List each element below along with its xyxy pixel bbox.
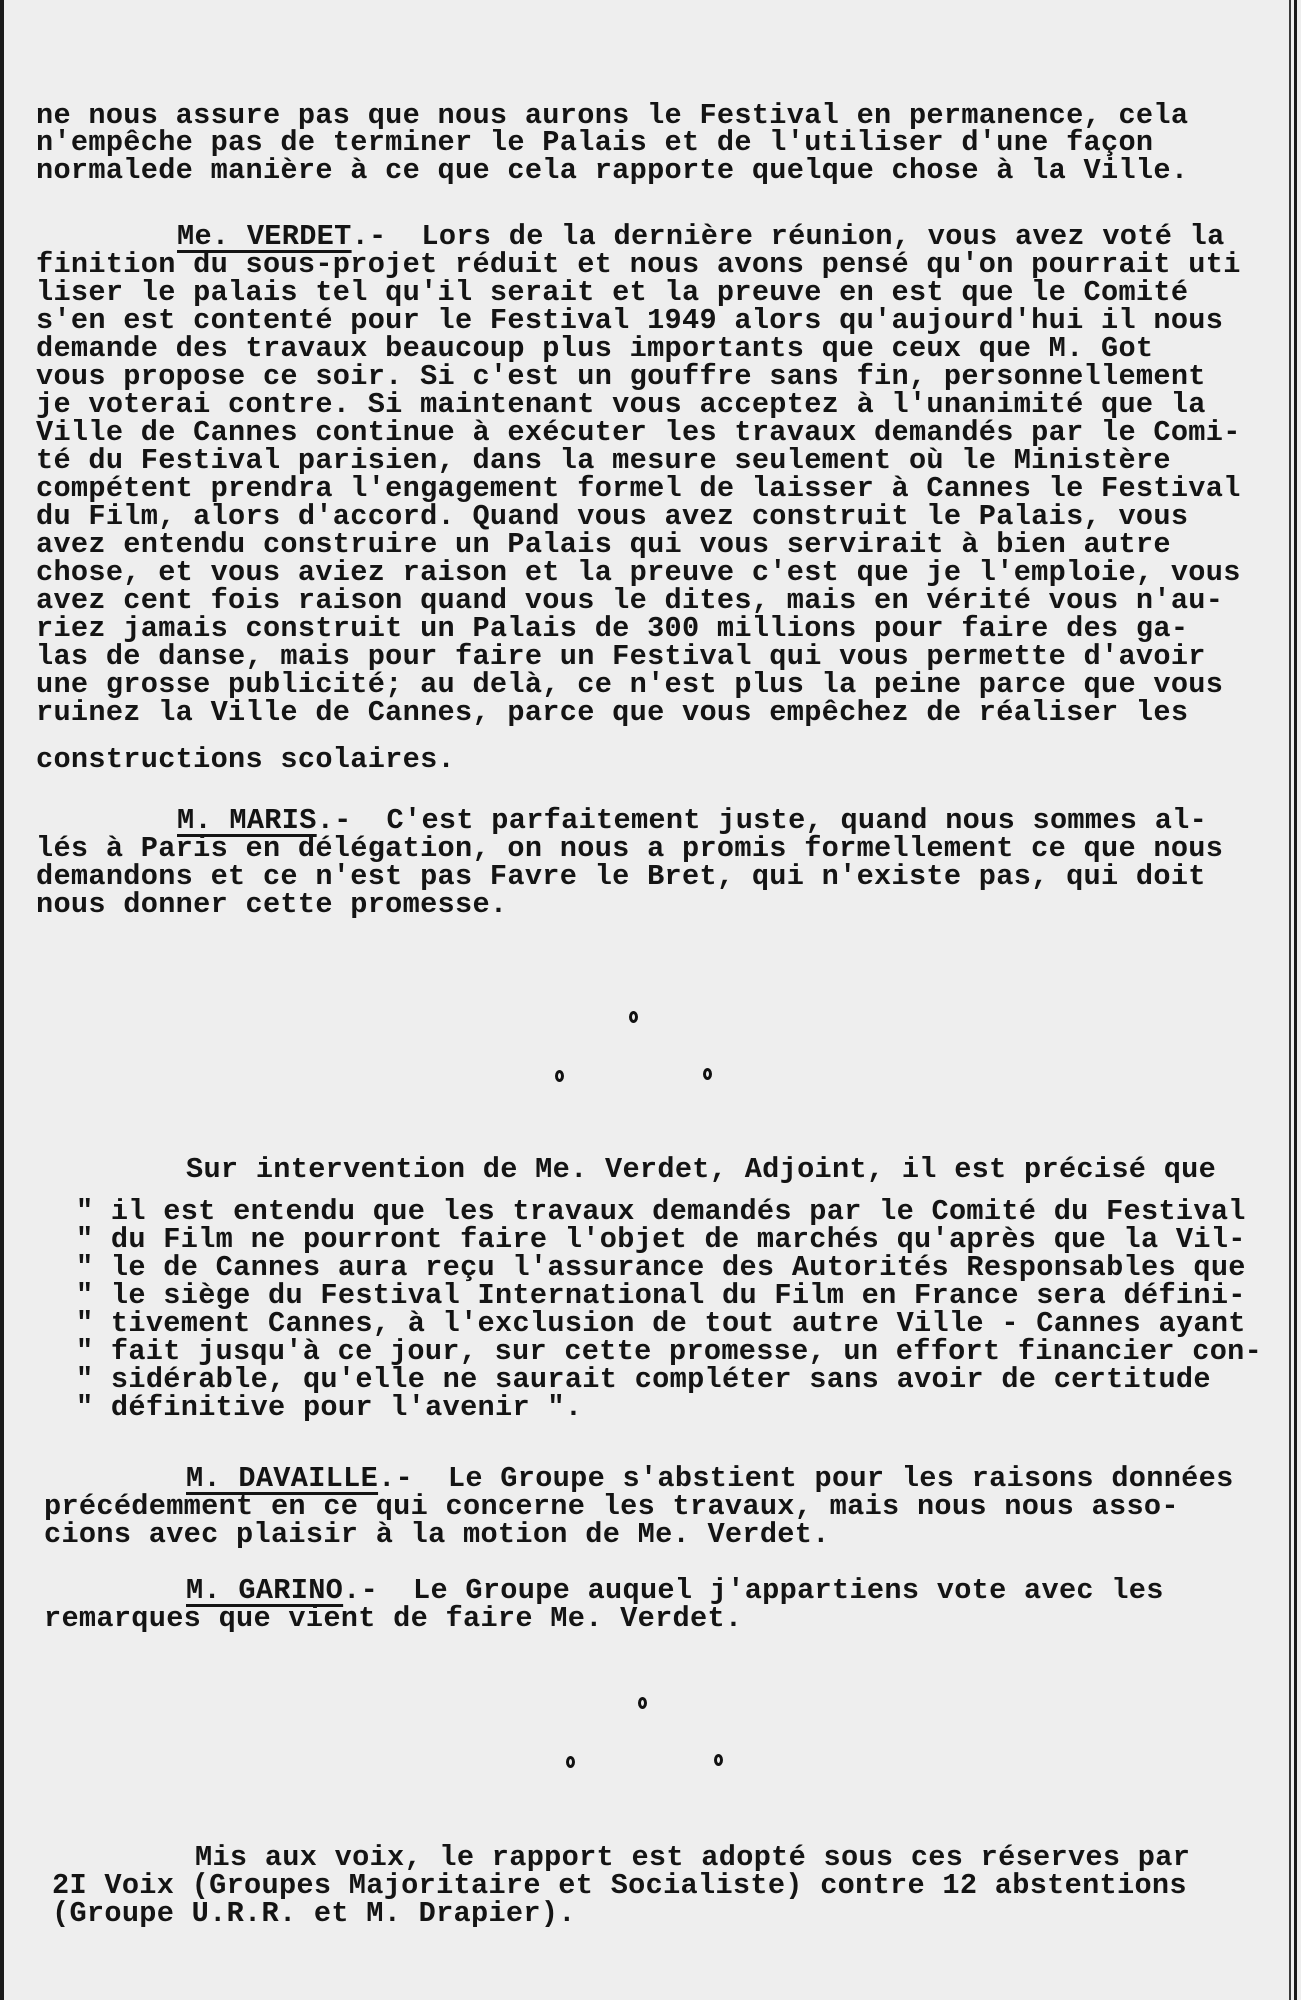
circle-ornament-icon (555, 1070, 564, 1082)
page-right-border-outer (1294, 0, 1297, 2000)
scanned-document-page: ne nous assure pas que nous aurons le Fe… (0, 0, 1301, 2000)
quoted-line: " définitive pour l'avenir ". (76, 1393, 582, 1423)
circle-ornament-icon (714, 1754, 723, 1766)
text-line: ruinez la Ville de Cannes, parce que vou… (36, 698, 1188, 728)
text-line: nous donner cette promesse. (36, 890, 507, 920)
text-line: Sur intervention de Me. Verdet, Adjoint,… (186, 1155, 1216, 1185)
text-line: cions avec plaisir à la motion de Me. Ve… (44, 1520, 830, 1550)
circle-ornament-icon (566, 1756, 575, 1768)
page-right-border-inner (1289, 0, 1291, 2000)
page-left-border (0, 0, 4, 2000)
text-line: constructions scolaires. (36, 745, 455, 775)
text-line: (Groupe U.R.R. et M. Drapier). (52, 1899, 576, 1929)
circle-ornament-icon (638, 1697, 647, 1709)
circle-ornament-icon (629, 1011, 638, 1023)
circle-ornament-icon (703, 1068, 712, 1080)
text-line: normalede manière à ce que cela rapporte… (36, 156, 1188, 186)
text-line: remarques que vient de faire Me. Verdet. (44, 1604, 742, 1634)
